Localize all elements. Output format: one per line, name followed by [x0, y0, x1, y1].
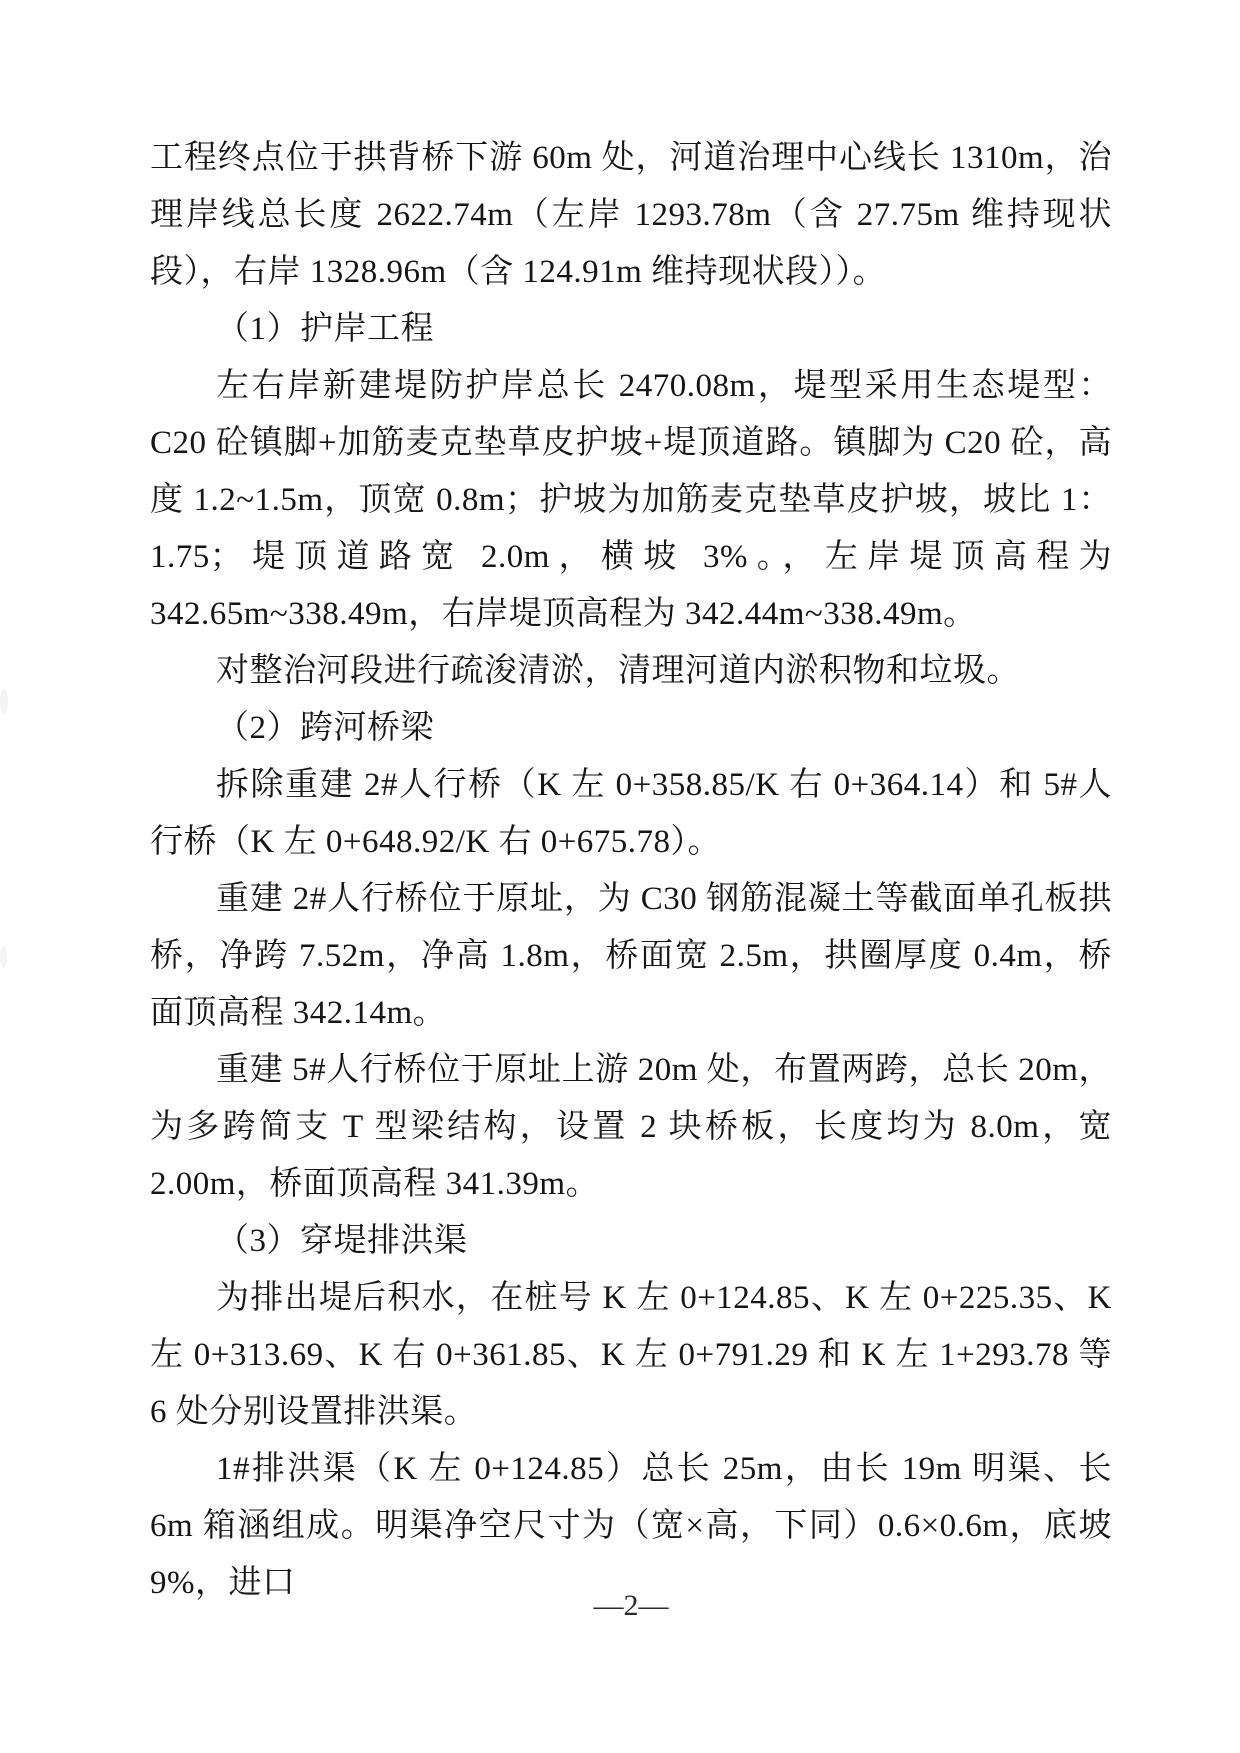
page-footer: —2— [150, 1588, 1112, 1624]
paragraph-p5: （2）跨河桥梁 [150, 700, 1112, 757]
paragraph-p10: 为排出堤后积水，在桩号 K 左 0+124.85、K 左 0+225.35、K … [150, 1270, 1112, 1441]
paragraph-p6: 拆除重建 2#人行桥（K 左 0+358.85/K 右 0+364.14）和 5… [150, 757, 1112, 871]
document-body: 工程终点位于拱背桥下游 60m 处，河道治理中心线长 1310m，治理岸线总长度… [150, 130, 1112, 1612]
paragraph-p1: 工程终点位于拱背桥下游 60m 处，河道治理中心线长 1310m，治理岸线总长度… [150, 130, 1112, 301]
paragraph-p11: 1#排洪渠（K 左 0+124.85）总长 25m，由长 19m 明渠、长 6m… [150, 1441, 1112, 1612]
scan-artifact [0, 946, 7, 968]
paragraph-p9: （3）穿堤排洪渠 [150, 1213, 1112, 1270]
scan-artifact [0, 688, 8, 714]
page-number: —2— [594, 1589, 669, 1622]
paragraph-p3: 左右岸新建堤防护岸总长 2470.08m，堤型采用生态堤型：C20 砼镇脚+加筋… [150, 358, 1112, 643]
paragraph-p7: 重建 2#人行桥位于原址，为 C30 钢筋混凝土等截面单孔板拱桥，净跨 7.52… [150, 871, 1112, 1042]
document-page: 工程终点位于拱背桥下游 60m 处，河道治理中心线长 1310m，治理岸线总长度… [0, 0, 1240, 1753]
paragraph-p4: 对整治河段进行疏浚清淤，清理河道内淤积物和垃圾。 [150, 643, 1112, 700]
paragraph-p8: 重建 5#人行桥位于原址上游 20m 处，布置两跨，总长 20m，为多跨简支 T… [150, 1042, 1112, 1213]
paragraph-p2: （1）护岸工程 [150, 301, 1112, 358]
